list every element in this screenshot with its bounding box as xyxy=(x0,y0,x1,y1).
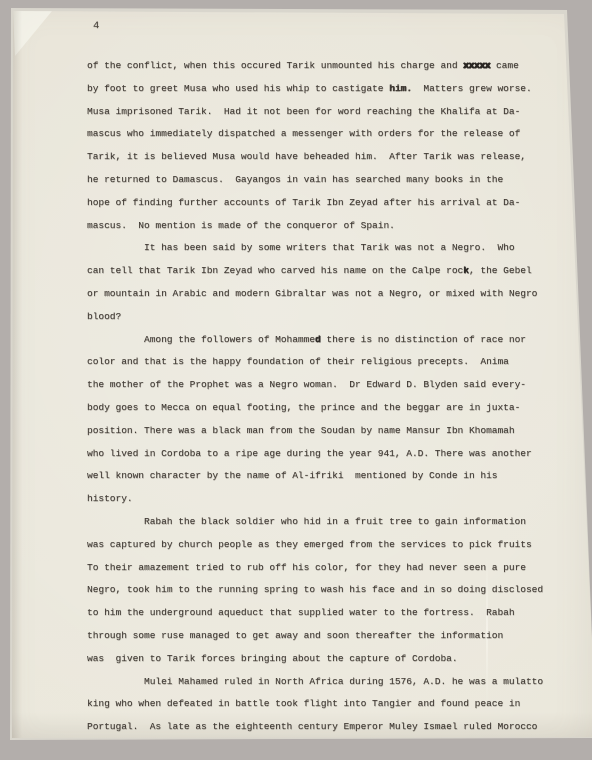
left-edge-shadow xyxy=(12,11,22,738)
text-segment: hope of finding further accounts of Tari… xyxy=(87,197,520,208)
text-segment: mascus who immediately dispatched a mess… xyxy=(87,128,520,139)
scanned-page-background: 4 of the conflict, when this occured Tar… xyxy=(0,0,592,760)
text-segment: by foot to greet Musa who used his whip … xyxy=(87,83,389,94)
double-struck-text: him. xyxy=(389,83,412,94)
text-segment: can tell that Tarik Ibn Zeyad who carved… xyxy=(87,265,463,276)
text-segment: came xyxy=(490,60,519,71)
text-segment: Rabah the black soldier who hid in a fru… xyxy=(144,516,526,527)
text-segment: who lived in Cordoba to a ripe age durin… xyxy=(87,448,532,459)
text-line: by foot to greet Musa who used his whip … xyxy=(87,78,557,101)
text-line: To their amazement tried to rub off his … xyxy=(87,557,557,580)
text-segment: Matters grew worse. xyxy=(412,83,532,94)
text-line: mascus. No mention is made of the conque… xyxy=(87,215,557,238)
text-segment: position. There was a black man from the… xyxy=(87,425,515,436)
text-line: Portugal. As late as the eighteenth cent… xyxy=(87,716,557,739)
text-segment: body goes to Mecca on equal footing, the… xyxy=(87,402,520,413)
text-block: of the conflict, when this occured Tarik… xyxy=(87,55,557,739)
text-line: color and that is the happy foundation o… xyxy=(87,351,557,374)
text-segment: there is no distinction of race nor xyxy=(321,334,526,345)
text-line: or mountain in Arabic and modern Gibralt… xyxy=(87,283,557,306)
text-line: through some ruse managed to get away an… xyxy=(87,625,557,648)
text-segment: or mountain in Arabic and modern Gibralt… xyxy=(87,288,537,299)
text-line: mascus who immediately dispatched a mess… xyxy=(87,123,557,146)
typewritten-page: 4 of the conflict, when this occured Tar… xyxy=(0,0,592,760)
text-segment: Mulei Mahamed ruled in North Africa duri… xyxy=(144,676,543,687)
text-segment: color and that is the happy foundation o… xyxy=(87,356,509,367)
text-line: who lived in Cordoba to a ripe age durin… xyxy=(87,443,557,466)
text-segment: Musa imprisoned Tarik. Had it not been f… xyxy=(87,106,520,117)
text-line: was given to Tarik forces bringing about… xyxy=(87,648,557,671)
text-segment: Tarik, it is believed Musa would have be… xyxy=(87,151,526,162)
text-segment: was given to Tarik forces bringing about… xyxy=(87,653,458,664)
text-line: position. There was a black man from the… xyxy=(87,420,557,443)
text-segment: he returned to Damascus. Gayangos in vai… xyxy=(87,174,503,185)
text-segment: was captured by church people as they em… xyxy=(87,539,532,550)
text-line: Negro, took him to the running spring to… xyxy=(87,579,557,602)
text-segment: Portugal. As late as the eighteenth cent… xyxy=(87,721,537,732)
text-segment: the mother of the Prophet was a Negro wo… xyxy=(87,379,526,390)
text-segment: , the Gebel xyxy=(469,265,532,276)
text-line: Musa imprisoned Tarik. Had it not been f… xyxy=(87,101,557,124)
text-line: Mulei Mahamed ruled in North Africa duri… xyxy=(87,671,557,694)
text-line: body goes to Mecca on equal footing, the… xyxy=(87,397,557,420)
text-line: It has been said by some writers that Ta… xyxy=(87,237,557,260)
text-line: blood? xyxy=(87,306,557,329)
text-line: to him the underground aqueduct that sup… xyxy=(87,602,557,625)
text-line: Rabah the black soldier who hid in a fru… xyxy=(87,511,557,534)
text-segment: mascus. No mention is made of the conque… xyxy=(87,220,395,231)
text-line: of the conflict, when this occured Tarik… xyxy=(87,55,557,78)
page-number: 4 xyxy=(93,20,99,32)
text-line: can tell that Tarik Ibn Zeyad who carved… xyxy=(87,260,557,283)
text-segment: to him the underground aqueduct that sup… xyxy=(87,607,515,618)
strikeover-text: xxxxx xyxy=(463,60,490,71)
text-line: history. xyxy=(87,488,557,511)
text-line: well known character by the name of Al-i… xyxy=(87,465,557,488)
text-segment: king who when defeated in battle took fl… xyxy=(87,698,520,709)
text-line: Among the followers of Mohammed there is… xyxy=(87,329,557,352)
text-line: the mother of the Prophet was a Negro wo… xyxy=(87,374,557,397)
text-segment: well known character by the name of Al-i… xyxy=(87,470,497,481)
text-segment: To their amazement tried to rub off his … xyxy=(87,562,526,573)
text-line: was captured by church people as they em… xyxy=(87,534,557,557)
text-line: king who when defeated in battle took fl… xyxy=(87,693,557,716)
text-segment: history. xyxy=(87,493,133,504)
text-line: Tarik, it is believed Musa would have be… xyxy=(87,146,557,169)
text-segment: Negro, took him to the running spring to… xyxy=(87,584,543,595)
text-segment: Among the followers of Mohamme xyxy=(144,334,315,345)
text-line: hope of finding further accounts of Tari… xyxy=(87,192,557,215)
text-segment: through some ruse managed to get away an… xyxy=(87,630,503,641)
text-segment: blood? xyxy=(87,311,121,322)
text-segment: It has been said by some writers that Ta… xyxy=(144,242,515,253)
text-line: he returned to Damascus. Gayangos in vai… xyxy=(87,169,557,192)
text-segment: of the conflict, when this occured Tarik… xyxy=(87,60,463,71)
